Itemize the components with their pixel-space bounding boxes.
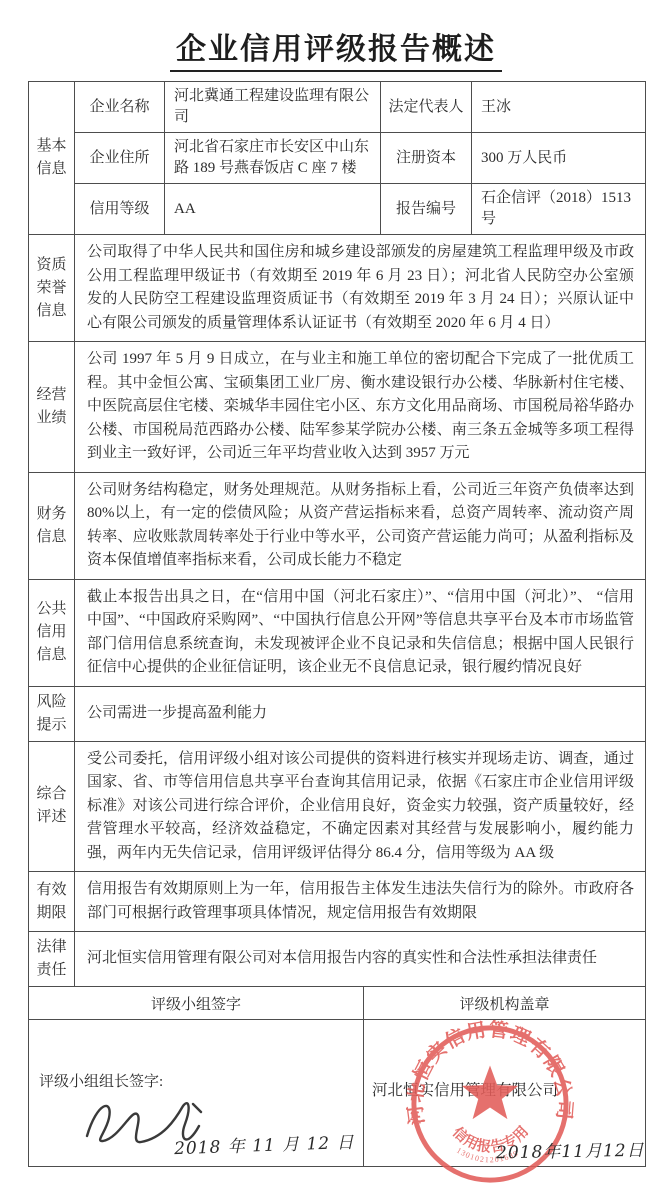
section-content-performance: 公司 1997 年 5 月 9 日成立，在与业主和施工单位的密切配合下完成了一批… <box>75 342 646 473</box>
signoff-body-team: 评级小组组长签字: 2018 年 11 月 12 日 <box>29 1020 364 1166</box>
field-value-credit-grade: AA <box>165 184 381 235</box>
section-content-finance: 公司财务结构稳定，财务处理规范。从财务指标上看，公司近三年资产负债率达到 80%… <box>75 472 646 579</box>
page-header: 企业信用评级报告概述 <box>0 24 672 72</box>
section-label-legal: 法律责任 <box>29 932 75 987</box>
section-label-qualifications: 资质荣誉信息 <box>29 235 75 342</box>
section-label-summary: 综合评述 <box>29 741 75 872</box>
field-value-legal-rep: 王冰 <box>472 82 646 133</box>
signoff-body-agency: 河北恒实信用管理有限公司 河北恒实信用管理有限公司 <box>364 1020 645 1166</box>
section-label-validity: 有效期限 <box>29 872 75 932</box>
section-label-public-credit: 公共信用信息 <box>29 579 75 686</box>
agency-sign-date: 2018年11月12日 <box>496 1136 645 1164</box>
section-row-public-credit: 公共信用信息 截止本报告出具之日，在“信用中国（河北石家庄）”、“信用中国（河北… <box>29 579 646 686</box>
field-value-address: 河北省石家庄市长安区中山东路 189 号燕春饭店 C 座 7 楼 <box>165 133 381 184</box>
section-row-summary: 综合评述 受公司委托，信用评级小组对该公司提供的资料进行核实并现场走访、调查，通… <box>29 741 646 872</box>
company-seal: 河北恒实信用管理有限公司 信用报告专用章 1301021201639 <box>406 1020 574 1188</box>
signoff-grid: 评级小组签字 评级机构盖章 评级小组组长签字: 2018 年 11 月 12 日… <box>29 987 645 1166</box>
basic-row-3: 信用等级 AA 报告编号 石企信评（2018）1513 号 <box>29 184 646 235</box>
section-label-finance: 财务信息 <box>29 472 75 579</box>
section-label-basic: 基本信息 <box>29 82 75 235</box>
field-label-company-name: 企业名称 <box>75 82 165 133</box>
section-content-risk: 公司需进一步提高盈利能力 <box>75 686 646 741</box>
section-label-risk: 风险提示 <box>29 686 75 741</box>
section-content-public-credit: 截止本报告出具之日，在“信用中国（河北石家庄）”、“信用中国（河北）”、 “信用… <box>75 579 646 686</box>
report-table: 基本信息 企业名称 河北冀通工程建设监理有限公司 法定代表人 王冰 企业住所 河… <box>28 81 646 1167</box>
signoff-cell: 评级小组签字 评级机构盖章 评级小组组长签字: 2018 年 11 月 12 日… <box>29 987 646 1167</box>
field-label-report-number: 报告编号 <box>381 184 472 235</box>
section-content-summary: 受公司委托，信用评级小组对该公司提供的资料进行核实并现场走访、调查，通过国家、省… <box>75 741 646 872</box>
section-content-qualifications: 公司取得了中华人民共和国住房和城乡建设部颁发的房屋建筑工程监理甲级及市政公用工程… <box>75 235 646 342</box>
section-row-qualifications: 资质荣誉信息 公司取得了中华人民共和国住房和城乡建设部颁发的房屋建筑工程监理甲级… <box>29 235 646 342</box>
field-label-legal-rep: 法定代表人 <box>381 82 472 133</box>
section-row-legal: 法律责任 河北恒实信用管理有限公司对本信用报告内容的真实性和合法性承担法律责任 <box>29 932 646 987</box>
section-content-legal: 河北恒实信用管理有限公司对本信用报告内容的真实性和合法性承担法律责任 <box>75 932 646 987</box>
signoff-header-agency: 评级机构盖章 <box>364 987 645 1020</box>
field-value-company-name: 河北冀通工程建设监理有限公司 <box>165 82 381 133</box>
field-label-credit-grade: 信用等级 <box>75 184 165 235</box>
team-sign-date: 2018 年 11 月 12 日 <box>174 1128 355 1159</box>
section-content-validity: 信用报告有效期原则上为一年，信用报告主体发生违法失信行为的除外。市政府各部门可根… <box>75 872 646 932</box>
basic-row-1: 基本信息 企业名称 河北冀通工程建设监理有限公司 法定代表人 王冰 <box>29 82 646 133</box>
page-title: 企业信用评级报告概述 <box>170 24 502 72</box>
section-label-performance: 经营业绩 <box>29 342 75 473</box>
basic-row-2: 企业住所 河北省石家庄市长安区中山东路 189 号燕春饭店 C 座 7 楼 注册… <box>29 133 646 184</box>
section-row-finance: 财务信息 公司财务结构稳定，财务处理规范。从财务指标上看，公司近三年资产负债率达… <box>29 472 646 579</box>
field-label-registered-capital: 注册资本 <box>381 133 472 184</box>
signoff-header-team: 评级小组签字 <box>29 987 364 1020</box>
signoff-row: 评级小组签字 评级机构盖章 评级小组组长签字: 2018 年 11 月 12 日… <box>29 987 646 1167</box>
section-row-performance: 经营业绩 公司 1997 年 5 月 9 日成立，在与业主和施工单位的密切配合下… <box>29 342 646 473</box>
section-row-risk: 风险提示 公司需进一步提高盈利能力 <box>29 686 646 741</box>
field-value-report-number: 石企信评（2018）1513 号 <box>472 184 646 235</box>
seal-star-icon <box>462 1065 518 1119</box>
section-row-validity: 有效期限 信用报告有效期原则上为一年，信用报告主体发生违法失信行为的除外。市政府… <box>29 872 646 932</box>
field-label-address: 企业住所 <box>75 133 165 184</box>
field-value-registered-capital: 300 万人民币 <box>472 133 646 184</box>
